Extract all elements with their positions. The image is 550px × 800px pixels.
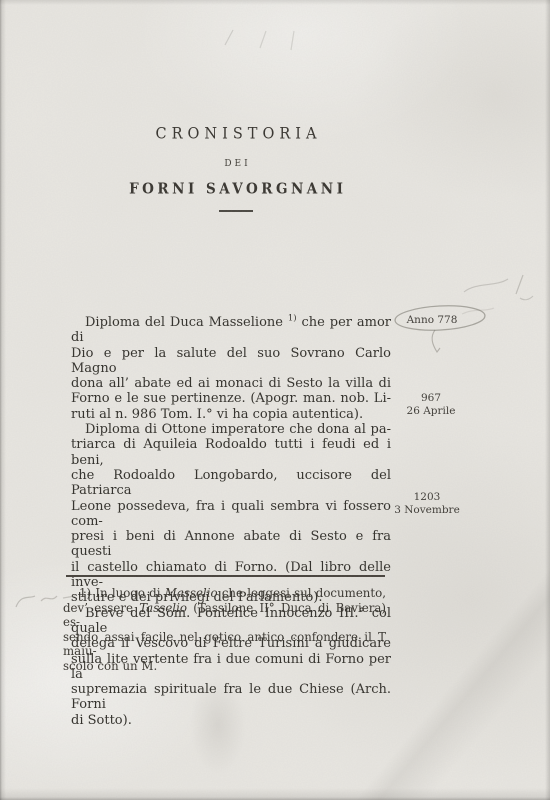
text-line: presi i beni di Annone abate di Sesto e … [71,529,391,560]
text-line: Leone possedeva, fra i quali sembra vi f… [71,499,391,530]
margin-date-note-1: Anno 778 [399,314,465,327]
footnote-line: sendo assai facile nel gotico antico con… [63,630,386,659]
pencil-scribble-right [458,262,550,332]
title-block: CRONISTORIA DEI FORNI SAVORGNANI [66,126,406,212]
text-line: triarca di Aquileia Rodoaldo tutti i feu… [71,437,391,468]
margin-date-note-2: 96726 Aprile [398,392,464,417]
text-line: Diploma del Duca Masselione 1) che per a… [71,315,391,346]
footnote-line: scolo con un M. [63,659,386,674]
footnote-text: 1) In luogo di Masselio che leggesi sul … [63,586,386,673]
text-line: di Sotto). [71,713,391,728]
text-line: ruti al n. 986 Tom. I.° vi ha copia aute… [71,407,391,422]
margin-date-note-3: 12033 Novembre [390,491,464,516]
text-line: Forno e le sue pertinenze. (Apogr. man. … [71,391,391,406]
text-line: Diploma di Ottone imperatore che dona al… [71,422,391,437]
page-title: CRONISTORIA [66,125,406,143]
text-line: Dio e per la salute del suo Sovrano Carl… [71,346,391,377]
title-divider-rule [219,210,253,212]
pencil-scribble-top [215,18,325,54]
book-page: CRONISTORIA DEI FORNI SAVORGNANI Diploma… [0,0,550,800]
text-line: dona all’ abate ed ai monaci di Sesto la… [71,376,391,391]
footnote-divider-rule [66,575,385,577]
text-line: che Rodoaldo Longobardo, uccisore del Pa… [71,468,391,499]
page-subtitle: FORNI SAVORGNANI [66,180,406,197]
pencil-circle-annotation [391,302,495,358]
subtitle-prefix: DEI [66,159,406,169]
footnote-line: dev’ essere Tasselio (Tassilone II° Duca… [63,601,386,630]
footnote-line: 1) In luogo di Masselio che leggesi sul … [63,586,386,601]
text-line: supremazia spirituale fra le due Chiese … [71,682,391,713]
